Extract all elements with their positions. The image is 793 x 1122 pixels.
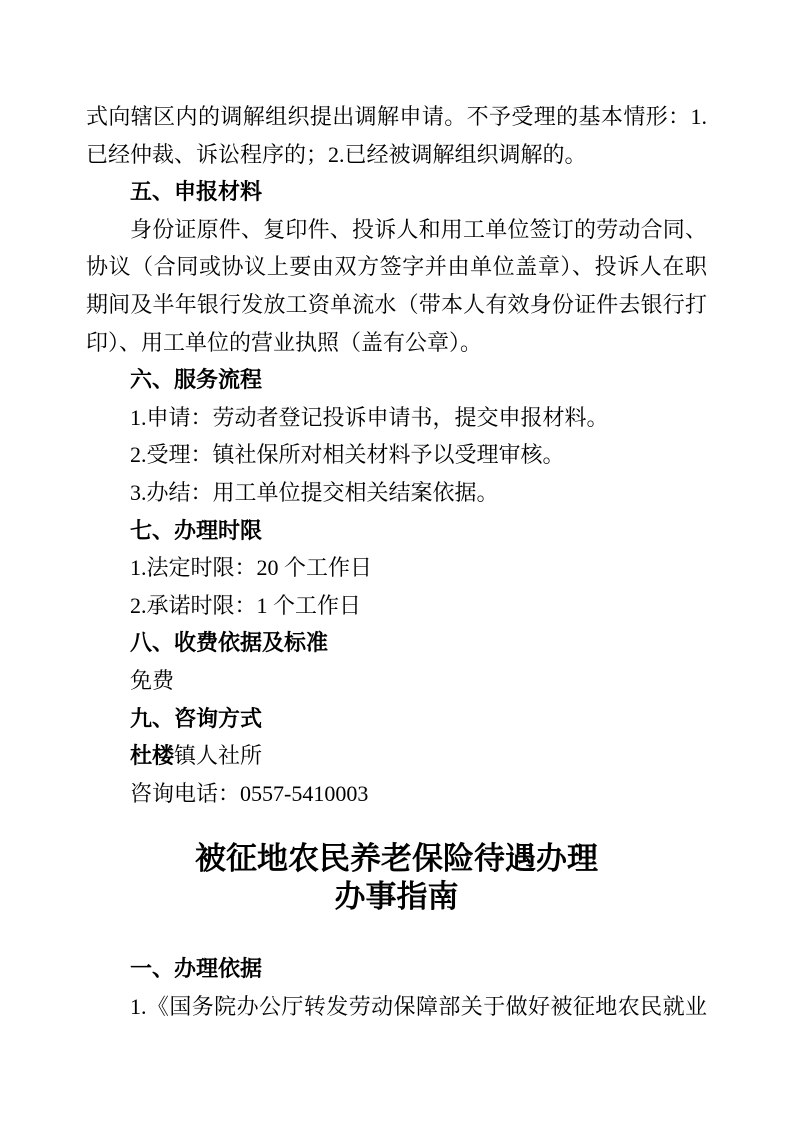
- section-7-heading: 七、办理时限: [86, 512, 707, 550]
- continued-paragraph-line-2: 已经仲裁、诉讼程序的；2.已经被调解组织调解的。: [86, 136, 707, 174]
- document-page: 式向辖区内的调解组织提出调解申请。不予受理的基本情形：1. 已经仲裁、诉讼程序的…: [0, 0, 793, 1122]
- section-5-body-line-3: 期间及半年银行发放工资单流水（带本人有效身份证件去银行打: [86, 286, 707, 324]
- office-name-bold: 杜楼: [130, 743, 174, 768]
- section-9-heading: 九、咨询方式: [86, 700, 707, 738]
- contact-office-line: 杜楼镇人社所: [86, 737, 707, 775]
- office-name-rest: 镇人社所: [174, 743, 262, 768]
- guide-title: 被征地农民养老保险待遇办理 办事指南: [86, 840, 707, 916]
- section-5-body-line-4: 印）、用工单位的营业执照（盖有公章）。: [86, 324, 707, 362]
- guide-title-line-1: 被征地农民养老保险待遇办理: [86, 840, 707, 878]
- section-5-heading: 五、申报材料: [86, 173, 707, 211]
- section-6-heading: 六、服务流程: [86, 361, 707, 399]
- next-guide-section-1-line-1: 1.《国务院办公厅转发劳动保障部关于做好被征地农民就业: [86, 988, 707, 1026]
- guide-title-line-2: 办事指南: [86, 878, 707, 916]
- section-8-body: 免费: [86, 662, 707, 700]
- spacer-before-title: [86, 812, 707, 840]
- section-7-item-2: 2.承诺时限：1 个工作日: [86, 587, 707, 625]
- section-6-step-1: 1.申请：劳动者登记投诉申请书，提交申报材料。: [86, 399, 707, 437]
- contact-phone-line: 咨询电话：0557-5410003: [86, 775, 707, 813]
- continued-paragraph-line-1: 式向辖区内的调解组织提出调解申请。不予受理的基本情形：1.: [86, 98, 707, 136]
- section-7-item-1: 1.法定时限：20 个工作日: [86, 549, 707, 587]
- section-8-heading: 八、收费依据及标准: [86, 624, 707, 662]
- section-5-body-line-1: 身份证原件、复印件、投诉人和用工单位签订的劳动合同、: [86, 211, 707, 249]
- content-column: 式向辖区内的调解组织提出调解申请。不予受理的基本情形：1. 已经仲裁、诉讼程序的…: [86, 98, 707, 1025]
- next-guide-section-1-heading: 一、办理依据: [86, 950, 707, 988]
- section-5-body-line-2: 协议（合同或协议上要由双方签字并由单位盖章）、投诉人在职: [86, 248, 707, 286]
- spacer-after-title: [86, 916, 707, 950]
- section-6-step-2: 2.受理：镇社保所对相关材料予以受理审核。: [86, 436, 707, 474]
- section-6-step-3: 3.办结：用工单位提交相关结案依据。: [86, 474, 707, 512]
